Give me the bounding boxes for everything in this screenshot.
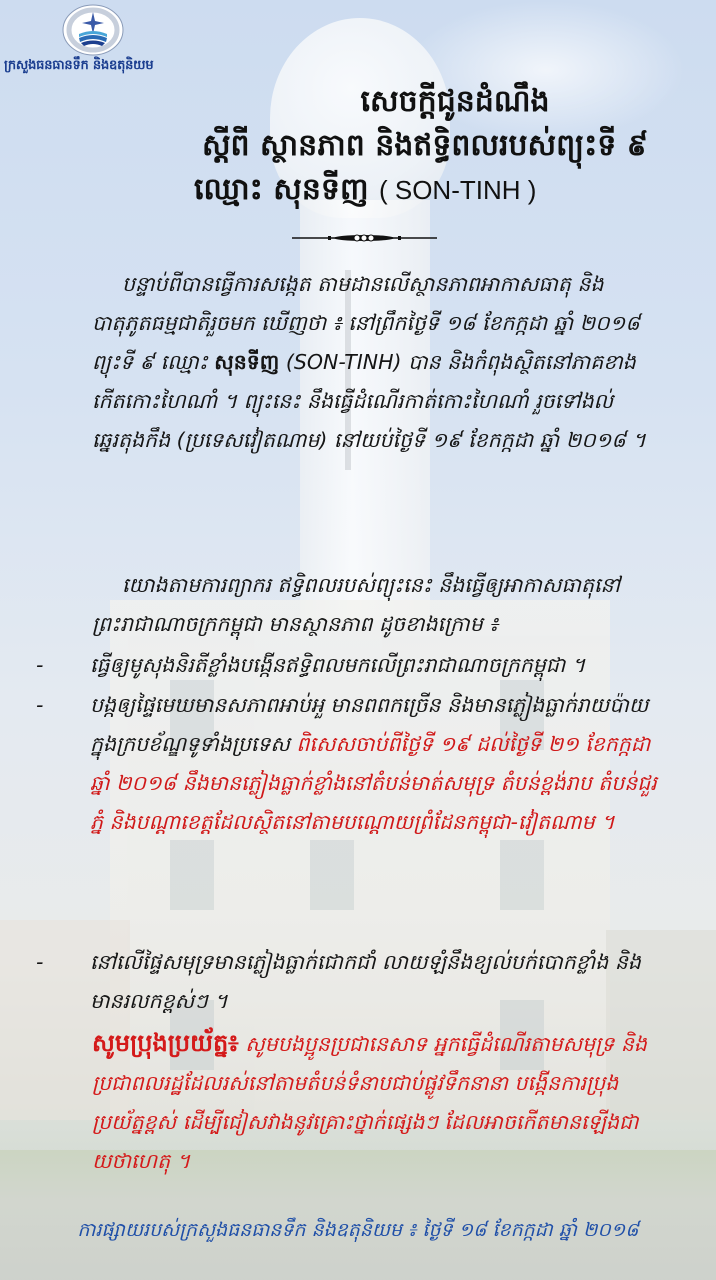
storm-name-khmer: ឈ្មោះ សុនទីញ [194,172,369,207]
storm-name-inline: សុនទីញ [214,350,279,374]
paragraph-situation: បន្ទាប់ពីបានធ្វើការសង្កេត តាមដានលើស្ថានភ… [92,265,662,460]
storm-name-latin: ( SON-TINH ) [379,175,536,205]
ministry-logo-icon [60,4,126,56]
bullet-text: បង្កឲ្យផ្ទៃមេឃមានសភាពអាប់អួ មានពពកច្រើន … [36,686,666,842]
warning-paragraph: សូមប្រុងប្រយ័ត្ន៖ សូមបងប្អូនប្រជានេសាទ អ… [92,1024,664,1181]
title-line-2: ស្តីពី ស្ថានភាព និងឥទ្ធិពលរបស់ព្យុះទី ៩ [130,124,716,168]
bullet-text: ធ្វើឲ្យមូសុងនិរតីខ្លាំងបង្កើនឥទ្ធិពលមកលើ… [36,646,666,685]
bullet-item: - ធ្វើឲ្យមូសុងនិរតីខ្លាំងបង្កើនឥទ្ធិពលមក… [36,646,666,685]
bullet-item: - នៅលើផ្ទៃសមុទ្រមានភ្លៀងធ្លាក់ជោកជាំ លាយ… [36,943,666,1021]
bullet-dash: - [36,646,43,685]
bullet-item: - បង្កឲ្យផ្ទៃមេឃមានសភាពអាប់អួ មានពពកច្រើ… [36,686,666,842]
announcement: ក្រសួងធនធានទឹក និងឧតុនិយម សេចក្តីជូនដំណឹ… [0,0,716,1280]
bullet-dash: - [36,943,43,982]
ornament-divider-icon [292,232,437,244]
title-line-1: សេចក្តីជូនដំណឹង [160,80,716,124]
title-block: សេចក្តីជូនដំណឹង ស្តីពី ស្ថានភាព និងឥទ្ធិ… [160,80,716,212]
footer-publication-line: ការផ្សាយរបស់ក្រសួងធនធានទឹក និងឧតុនិយម ៖ … [0,1218,716,1246]
bullet-dash: - [36,686,43,725]
paragraph-forecast: យោងតាមការព្យាករ ឥទ្ធិពលរបស់ព្យុះនេះ នឹងធ… [92,566,662,644]
title-line-3: ឈ្មោះ សុនទីញ ( SON-TINH ) [160,168,716,212]
bullet-text: នៅលើផ្ទៃសមុទ្រមានភ្លៀងធ្លាក់ជោកជាំ លាយឡំ… [36,943,666,1021]
warning-label: សូមប្រុងប្រយ័ត្ន៖ [92,1029,239,1057]
ministry-label: ក្រសួងធនធានទឹក និងឧតុនិយម [4,57,153,76]
